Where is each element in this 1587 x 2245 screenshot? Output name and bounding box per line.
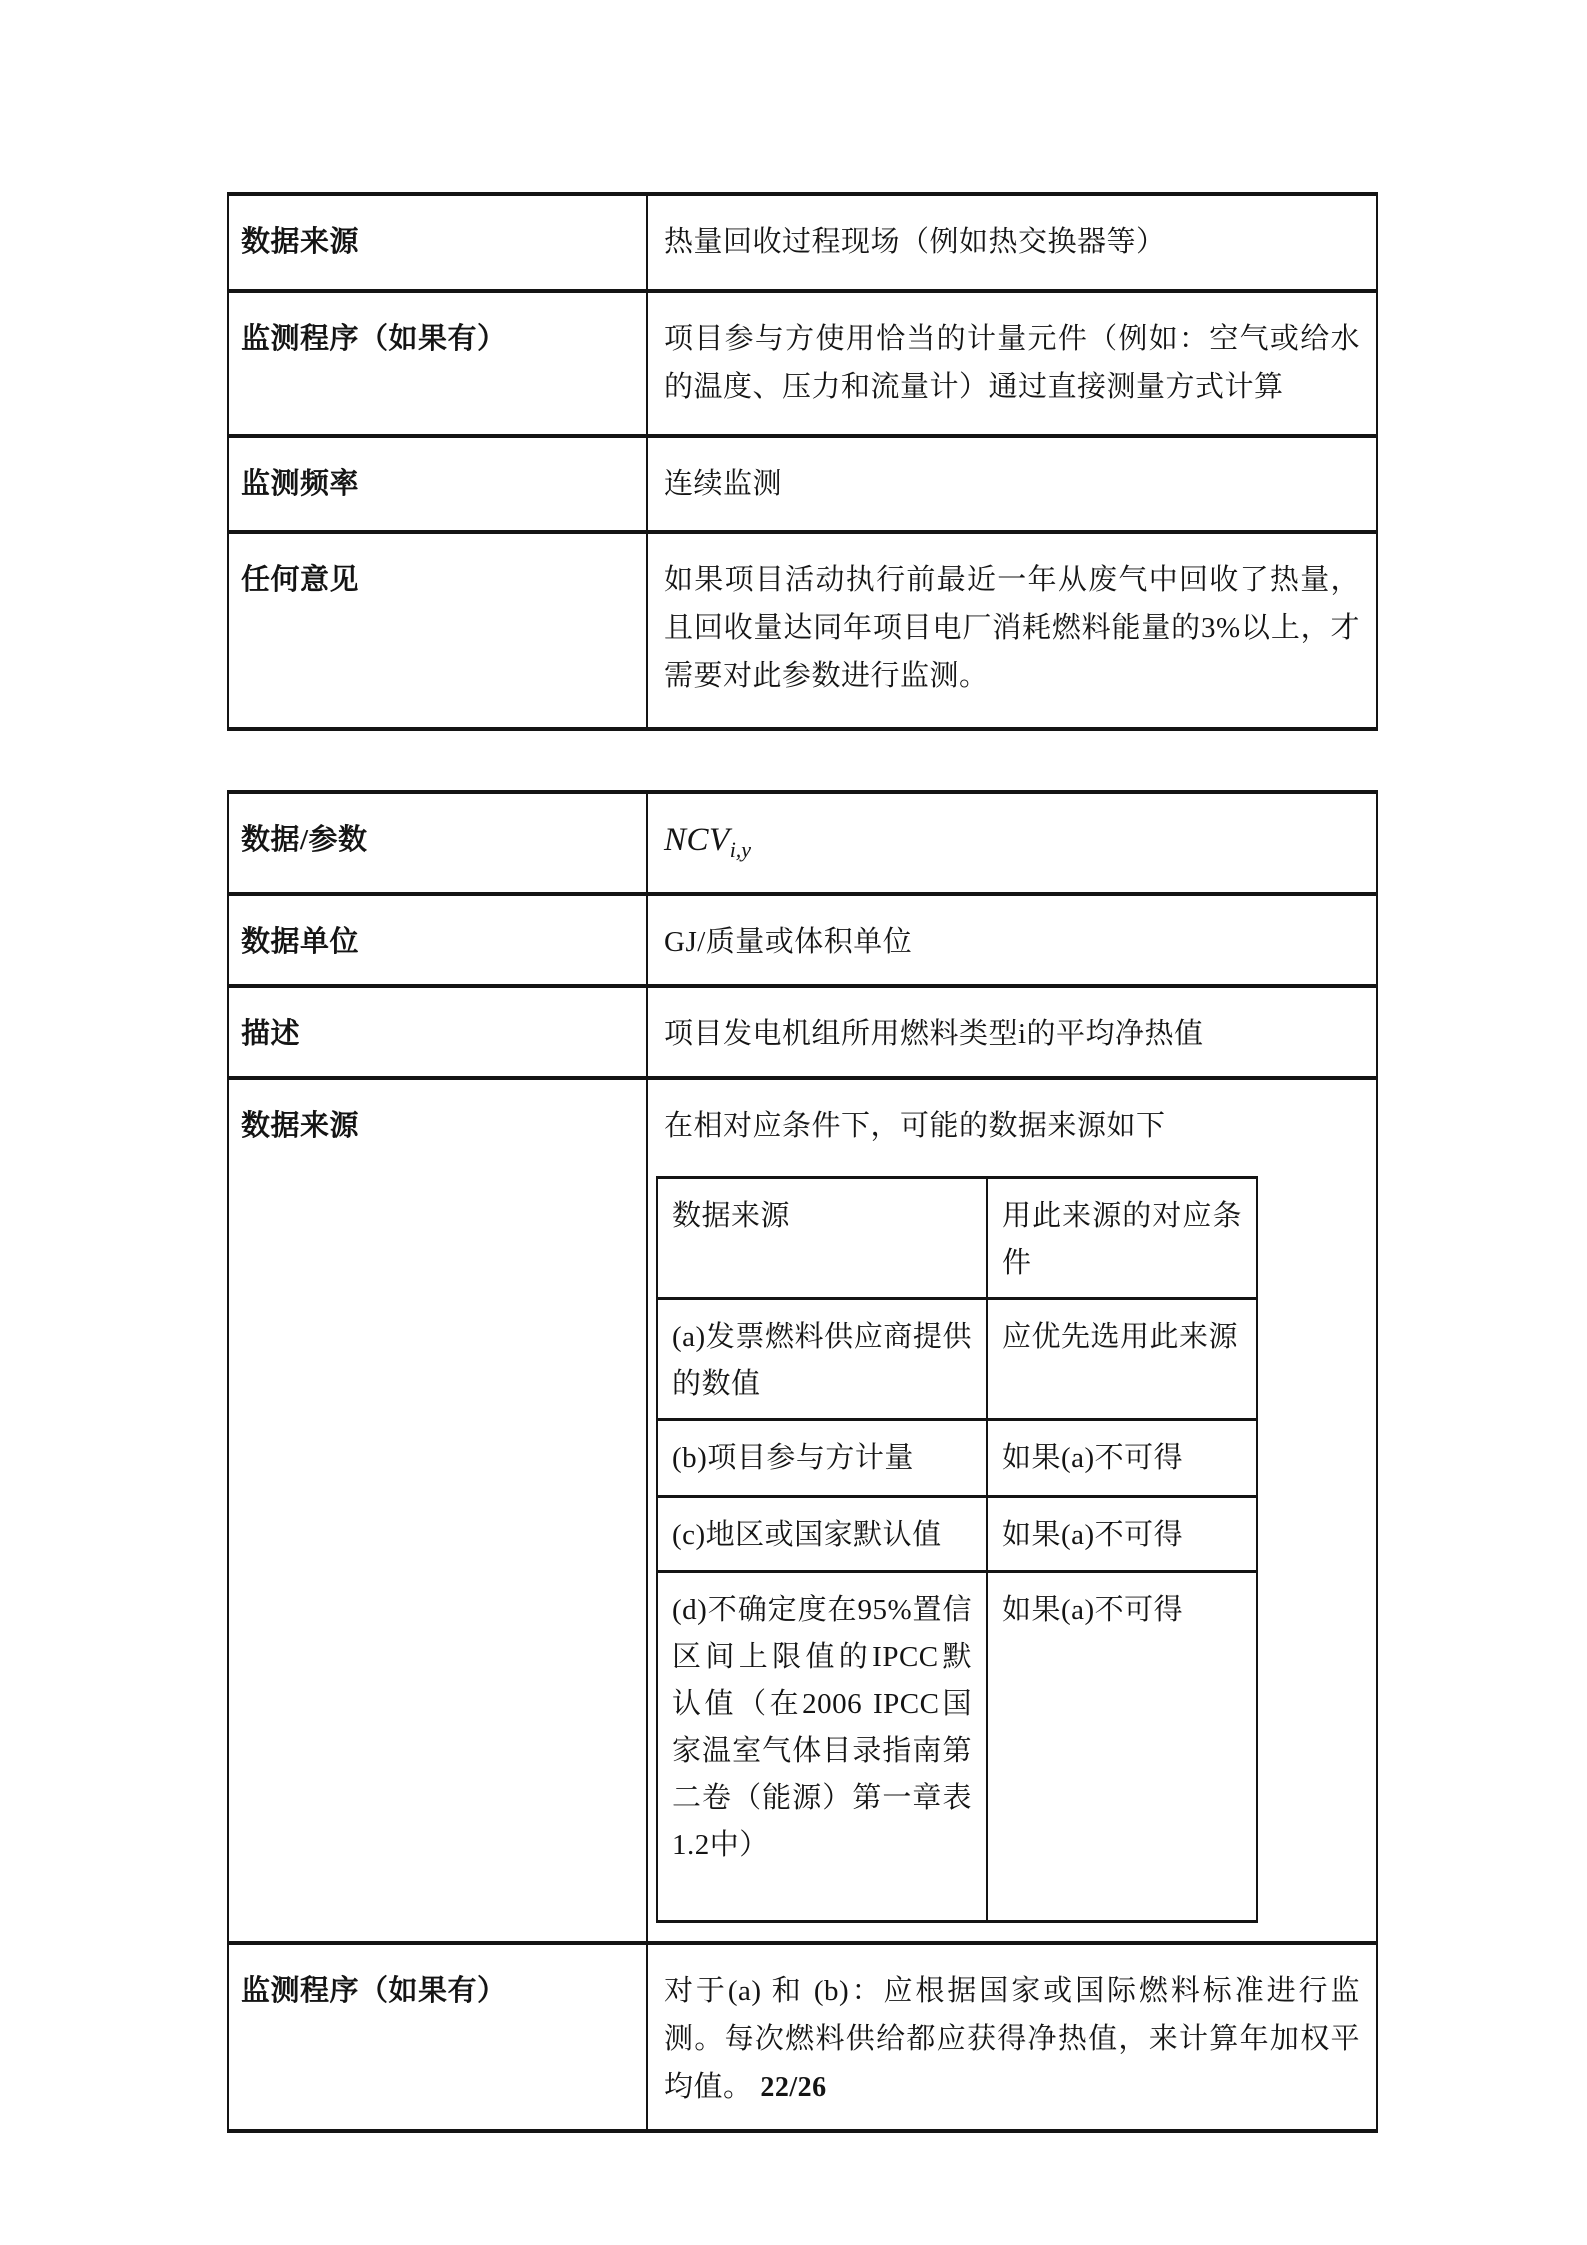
subtable-condition-b: 如果(a)不可得 xyxy=(987,1419,1257,1496)
subtable-row-c: (c)地区或国家默认值 如果(a)不可得 xyxy=(657,1496,1257,1571)
page-number: 22/26 xyxy=(0,2072,1587,2104)
table-row: 监测程序（如果有） 项目参与方使用恰当的计量元件（例如：空气或给水的温度、压力和… xyxy=(228,291,1377,436)
data-source-subtable: 数据来源 用此来源的对应条件 (a)发票燃料供应商提供的数值 应优先选用此来源 … xyxy=(656,1176,1258,1923)
row-label-monitoring-procedure: 监测程序（如果有） xyxy=(228,291,647,436)
subtable-header-source: 数据来源 xyxy=(657,1177,987,1298)
table-row: 描述 项目发电机组所用燃料类型i的平均净热值 xyxy=(228,986,1377,1078)
row-value-data-parameter: NCVi,y xyxy=(647,792,1377,894)
row-label-any-comment: 任何意见 xyxy=(228,532,647,729)
data-source-intro-text: 在相对应条件下，可能的数据来源如下 xyxy=(664,1102,1360,1150)
row-label-monitoring-frequency: 监测频率 xyxy=(228,436,647,532)
subtable-row-a: (a)发票燃料供应商提供的数值 应优先选用此来源 xyxy=(657,1298,1257,1419)
row-value-data-source-2: 在相对应条件下，可能的数据来源如下 数据来源 用此来源的对应条件 (a)发票燃料… xyxy=(647,1078,1377,1943)
table-row: 监测频率 连续监测 xyxy=(228,436,1377,532)
table-row: 数据单位 GJ/质量或体积单位 xyxy=(228,894,1377,986)
subtable-source-c: (c)地区或国家默认值 xyxy=(657,1496,987,1571)
subtable-condition-a: 应优先选用此来源 xyxy=(987,1298,1257,1419)
subtable-source-a: (a)发票燃料供应商提供的数值 xyxy=(657,1298,987,1419)
subtable-header-row: 数据来源 用此来源的对应条件 xyxy=(657,1177,1257,1298)
row-label-description: 描述 xyxy=(228,986,647,1078)
row-label-data-source-2: 数据来源 xyxy=(228,1078,647,1943)
table-row: 数据来源 在相对应条件下，可能的数据来源如下 数据来源 用此来源的对应条件 (a… xyxy=(228,1078,1377,1943)
row-value-data-unit: GJ/质量或体积单位 xyxy=(647,894,1377,986)
row-label-data-parameter: 数据/参数 xyxy=(228,792,647,894)
subtable-header-condition: 用此来源的对应条件 xyxy=(987,1177,1257,1298)
parameter-symbol: NCV xyxy=(664,822,730,858)
subtable-source-b: (b)项目参与方计量 xyxy=(657,1419,987,1496)
document-page: 数据来源 热量回收过程现场（例如热交换器等） 监测程序（如果有） 项目参与方使用… xyxy=(0,0,1587,2245)
monitoring-table-1: 数据来源 热量回收过程现场（例如热交换器等） 监测程序（如果有） 项目参与方使用… xyxy=(227,192,1378,731)
parameter-table-2: 数据/参数 NCVi,y 数据单位 GJ/质量或体积单位 描述 项目发电机组所用… xyxy=(227,790,1378,2133)
table-row: 数据来源 热量回收过程现场（例如热交换器等） xyxy=(228,194,1377,291)
row-value-data-source: 热量回收过程现场（例如热交换器等） xyxy=(647,194,1377,291)
row-value-any-comment: 如果项目活动执行前最近一年从废气中回收了热量，且回收量达同年项目电厂消耗燃料能量… xyxy=(647,532,1377,729)
table-row: 任何意见 如果项目活动执行前最近一年从废气中回收了热量，且回收量达同年项目电厂消… xyxy=(228,532,1377,729)
row-value-monitoring-procedure: 项目参与方使用恰当的计量元件（例如：空气或给水的温度、压力和流量计）通过直接测量… xyxy=(647,291,1377,436)
row-label-data-unit: 数据单位 xyxy=(228,894,647,986)
row-label-data-source: 数据来源 xyxy=(228,194,647,291)
subtable-row-d: (d)不确定度在95%置信区间上限值的IPCC默认值（在2006 IPCC国家温… xyxy=(657,1571,1257,1921)
row-value-monitoring-frequency: 连续监测 xyxy=(647,436,1377,532)
subtable-condition-c: 如果(a)不可得 xyxy=(987,1496,1257,1571)
subtable-condition-d: 如果(a)不可得 xyxy=(987,1571,1257,1921)
parameter-subscript: i,y xyxy=(730,837,751,862)
subtable-source-d: (d)不确定度在95%置信区间上限值的IPCC默认值（在2006 IPCC国家温… xyxy=(657,1571,987,1921)
subtable-row-b: (b)项目参与方计量 如果(a)不可得 xyxy=(657,1419,1257,1496)
table-row: 数据/参数 NCVi,y xyxy=(228,792,1377,894)
row-value-description: 项目发电机组所用燃料类型i的平均净热值 xyxy=(647,986,1377,1078)
